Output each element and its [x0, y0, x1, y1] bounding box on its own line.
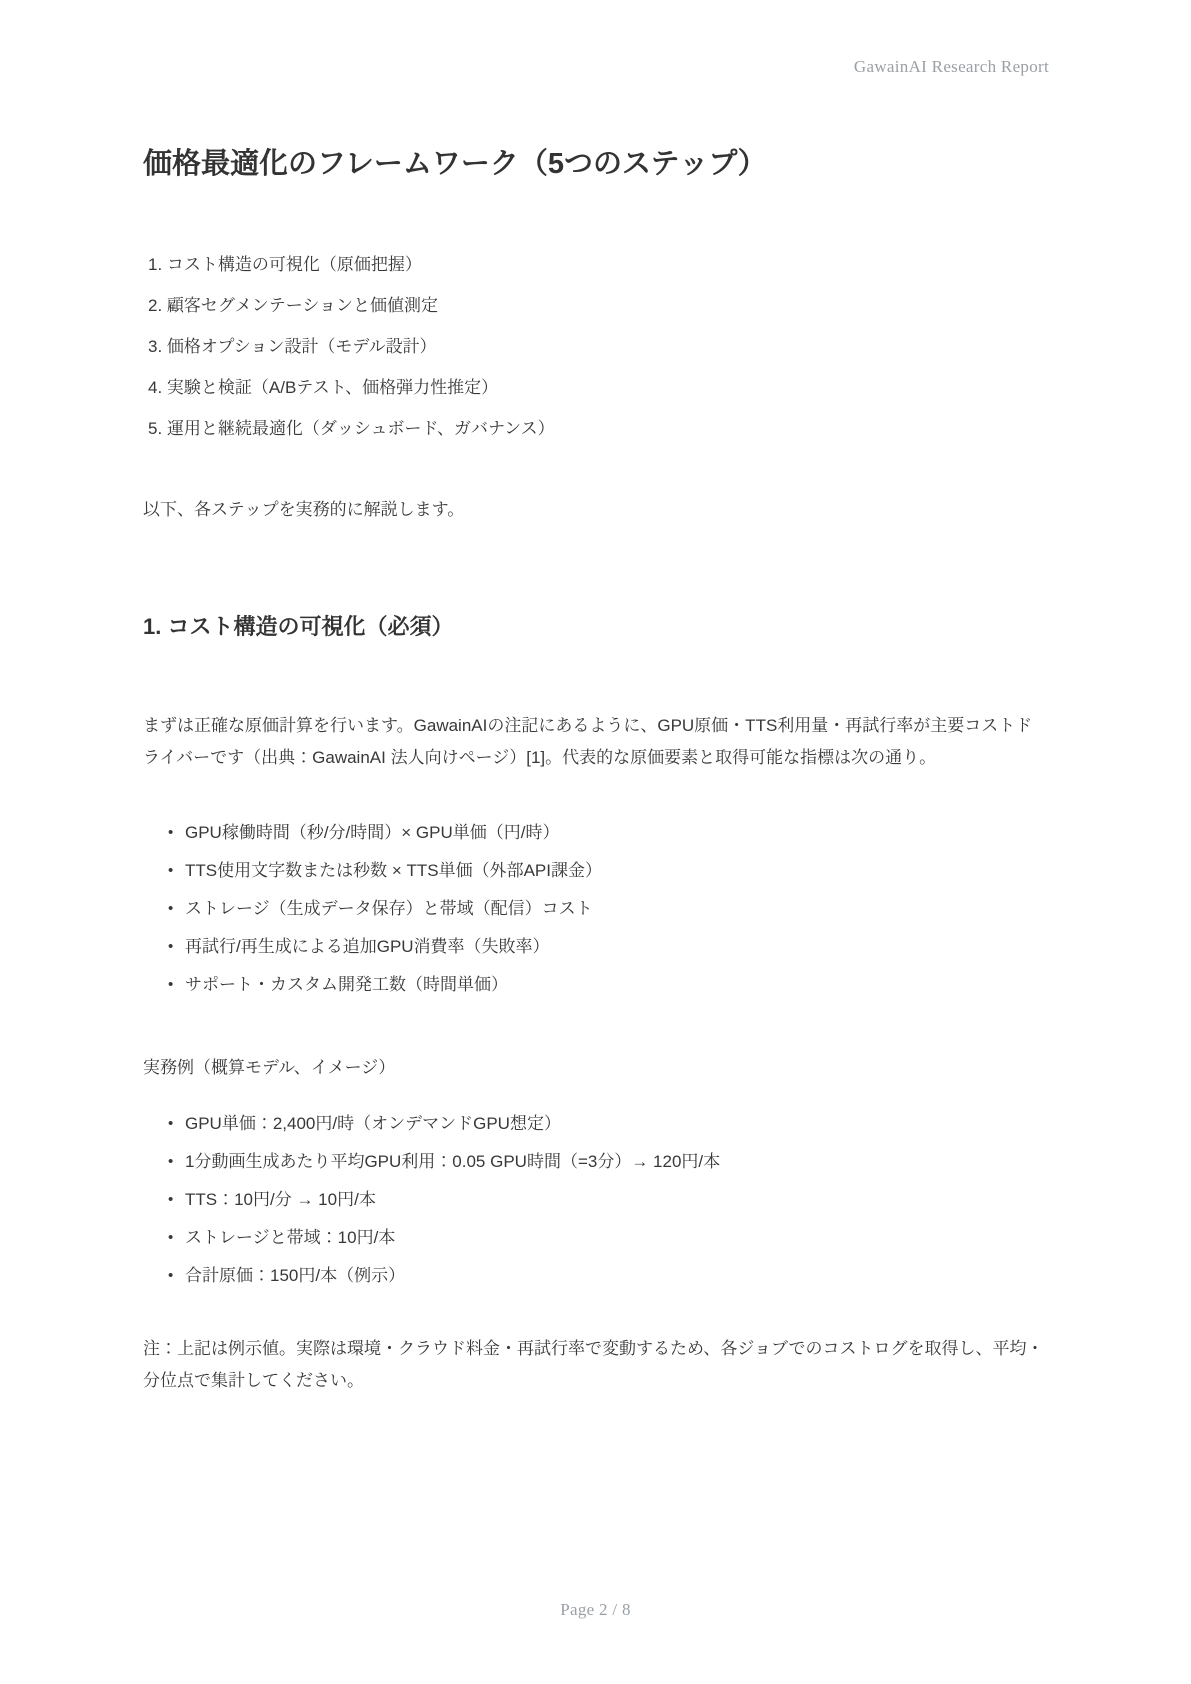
- page-title: 価格最適化のフレームワーク（5つのステップ）: [143, 143, 1048, 185]
- intro-text: 以下、各ステップを実務的に解説します。: [143, 500, 1048, 519]
- framework-step-3: 3. 価格オプション設計（モデル設計）: [148, 337, 1048, 356]
- framework-step-2: 2. 顧客セグメンテーションと価値測定: [148, 296, 1048, 315]
- cost-factor-retry: 再試行/再生成による追加GPU消費率（失敗率）: [168, 937, 1048, 956]
- framework-steps-list: 1. コスト構造の可視化（原価把握） 2. 顧客セグメンテーションと価値測定 3…: [143, 255, 1048, 438]
- example-label: 実務例（概算モデル、イメージ）: [143, 1058, 1048, 1077]
- cost-factor-tts: TTS使用文字数または秒数 × TTS単価（外部API課金）: [168, 861, 1048, 880]
- example-total-cost: 合計原価：150円/本（例示）: [168, 1266, 1048, 1285]
- example-gpu-unit-price: GPU単価：2,400円/時（オンデマンドGPU想定）: [168, 1114, 1048, 1133]
- report-header-text: GawainAI Research Report: [854, 57, 1049, 77]
- example-items-list: GPU単価：2,400円/時（オンデマンドGPU想定） 1分動画生成あたり平均G…: [143, 1114, 1048, 1285]
- framework-step-5: 5. 運用と継続最適化（ダッシュボード、ガバナンス）: [148, 419, 1048, 438]
- report-page: GawainAI Research Report 価格最適化のフレームワーク（5…: [0, 0, 1191, 1684]
- section-1-paragraph: まずは正確な原価計算を行います。GawainAIの注記にあるように、GPU原価・…: [143, 710, 1048, 774]
- cost-factor-storage: ストレージ（生成データ保存）と帯域（配信）コスト: [168, 899, 1048, 918]
- example-storage: ストレージと帯域：10円/本: [168, 1228, 1048, 1247]
- section-1-heading: 1. コスト構造の可視化（必須）: [143, 612, 1048, 643]
- framework-step-1: 1. コスト構造の可視化（原価把握）: [148, 255, 1048, 274]
- example-gpu-usage: 1分動画生成あたり平均GPU利用：0.05 GPU時間（=3分）→ 120円/本: [168, 1152, 1048, 1171]
- framework-step-4: 4. 実験と検証（A/Bテスト、価格弾力性推定）: [148, 378, 1048, 397]
- cost-factors-list: GPU稼働時間（秒/分/時間）× GPU単価（円/時） TTS使用文字数または秒…: [143, 823, 1048, 994]
- cost-factor-gpu-time: GPU稼働時間（秒/分/時間）× GPU単価（円/時）: [168, 823, 1048, 842]
- page-content: 価格最適化のフレームワーク（5つのステップ） 1. コスト構造の可視化（原価把握…: [0, 0, 1191, 1397]
- example-tts: TTS：10円/分 → 10円/本: [168, 1190, 1048, 1209]
- cost-factor-support: サポート・カスタム開発工数（時間単価）: [168, 975, 1048, 994]
- note-text: 注：上記は例示値。実際は環境・クラウド料金・再試行率で変動するため、各ジョブでの…: [143, 1333, 1048, 1397]
- page-footer-text: Page 2 / 8: [0, 1600, 1191, 1620]
